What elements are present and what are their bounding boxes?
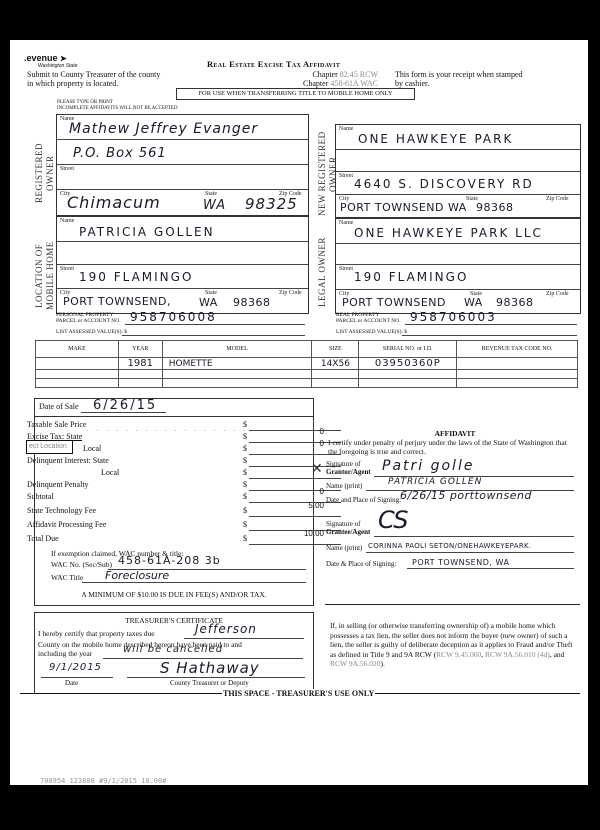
street-label: Street: [339, 266, 353, 272]
year-cell[interactable]: 1981: [118, 358, 162, 370]
receipt-note: This form is your receipt when stamped b…: [395, 70, 523, 88]
fee-subtotal: Subtotal $ 0: [27, 492, 304, 504]
new-owner-name[interactable]: ONE HAWKEYE PARK: [358, 132, 513, 146]
treasurer-use-only-label: THIS SPACE - TREASURER'S USE ONLY: [222, 689, 375, 698]
certify-line3: including the year: [38, 649, 92, 658]
name-label: Name: [339, 126, 353, 132]
grantor-date-place[interactable]: 6/26/15 porttownsend: [400, 489, 532, 502]
rcw-9a-56-010-link[interactable]: RCW 9A.56.010 (4d): [485, 650, 550, 659]
registered-owner-city[interactable]: Chimacum: [67, 193, 161, 212]
personal-property-label: PERSONAL PROPERTY PARCEL or ACCOUNT NO.: [56, 312, 121, 324]
table-row: [36, 370, 578, 379]
affidavit-page: .evenue ➤ Washington State Submit to Cou…: [10, 40, 588, 785]
treasurer-signature-label: County Treasurer or Deputy: [170, 679, 249, 687]
chapter-wac: Chapter 458-61A WAC: [288, 79, 378, 88]
fee-delinquent-interest-state: Delinquent Interest: State $: [27, 456, 304, 468]
grantee-name-label: Name (print): [326, 544, 362, 552]
column-header: SIZE: [312, 341, 359, 358]
fee-delinquent-interest-local: Local $: [27, 468, 304, 480]
certify-line1: I hereby certify that property taxes due: [38, 629, 155, 638]
treasurer-signature[interactable]: S Hathaway: [160, 659, 260, 677]
signature-of: Signature of: [326, 460, 371, 468]
tax-code-cell[interactable]: [457, 379, 578, 388]
personal-property-parcel-no[interactable]: 958706008: [130, 310, 217, 324]
fee-delinquent-penalty: Delinquent Penalty $: [27, 480, 304, 492]
date-label: Date: [65, 679, 78, 687]
column-header: REVENUE TAX CODE NO.: [457, 341, 578, 358]
dollar-sign: $: [243, 520, 247, 529]
dollar-sign: $: [243, 534, 247, 543]
fee-label: Taxable Sale Price: [27, 420, 86, 429]
size-cell[interactable]: [312, 370, 359, 379]
street-label: Street: [60, 166, 74, 172]
chapter-rcw: Chapter 82.45 RCW: [288, 70, 378, 79]
wac-title[interactable]: Foreclosure: [105, 569, 169, 582]
minimum-due-note: A MINIMUM OF $10.00 IS DUE IN FEE(S) AND…: [34, 590, 314, 599]
legal-owner-city[interactable]: PORT TOWNSEND: [342, 296, 446, 309]
grantor-agent: Grantor/Agent: [326, 468, 371, 476]
grantee-date-place[interactable]: PORT TOWNSEND, WA: [412, 558, 509, 567]
submit-note: Submit to County Treasurer of the county…: [27, 70, 160, 88]
street-label: Street: [60, 266, 74, 272]
real-property-label: REAL PROPERTY PARCEL or ACCOUNT NO.: [336, 312, 401, 324]
grantor-signature[interactable]: Patri golle: [382, 458, 474, 474]
registered-owner-name[interactable]: Mathew Jeffrey Evanger: [69, 121, 258, 137]
fee-label: Local: [101, 468, 119, 477]
rcw-9a-56-020-link[interactable]: RCW 9A.56.020: [330, 659, 381, 668]
registered-owner-name-line2[interactable]: P.O. Box 561: [73, 146, 167, 161]
dollar-sign: $: [243, 480, 247, 489]
fee-label: Affidavit Processing Fee: [27, 520, 106, 529]
make-cell[interactable]: [36, 379, 119, 388]
fee-value[interactable]: 0: [320, 427, 324, 436]
legal-owner-state[interactable]: WA: [464, 296, 483, 309]
name-label: Name: [60, 218, 74, 224]
location-street[interactable]: 190 FLAMINGO: [79, 270, 193, 284]
real-property-line2: PARCEL or ACCOUNT NO.: [336, 318, 401, 324]
fee-label: Total Due: [27, 534, 59, 543]
wac-link[interactable]: 458-61A WAC: [330, 79, 378, 88]
date-of-sale-label: Date of Sale: [39, 402, 79, 411]
registered-owner-box: Name Mathew Jeffrey Evanger P.O. Box 561…: [56, 114, 309, 216]
registered-owner-zip[interactable]: 98325: [245, 195, 298, 213]
wac-no-label: WAC No. (Sec/Sub): [51, 560, 112, 569]
dollar-sign: $: [243, 468, 247, 477]
grantee-signature[interactable]: CS: [378, 506, 406, 534]
location-city[interactable]: PORT TOWNSEND,: [63, 295, 171, 308]
zip-label: Zip Code: [279, 290, 302, 296]
wac-title-label: WAC Title: [51, 573, 83, 582]
registered-owner-label: REGISTERED OWNER: [34, 128, 56, 218]
fee-label: Delinquent Penalty: [27, 480, 89, 489]
fee-value[interactable]: 0: [320, 439, 324, 448]
fee-label: Local: [83, 444, 101, 453]
column-header: MAKE: [36, 341, 119, 358]
select-location-tooltip[interactable]: ect Location: [26, 440, 73, 454]
mobile-home-banner: FOR USE WHEN TRANSFERRING TITLE TO MOBIL…: [176, 88, 415, 100]
legal-owner-zip[interactable]: 98368: [496, 296, 534, 309]
tax-code-cell[interactable]: [457, 370, 578, 379]
zip-label: Zip Code: [546, 291, 569, 297]
submit-note-line1: Submit to County Treasurer of the county: [27, 70, 160, 79]
personal-assessed-label: LIST ASSESSED VALUE(S): $: [56, 329, 127, 335]
state-label: State: [205, 191, 217, 197]
dollar-sign: $: [243, 444, 247, 453]
legal-owner-label: LEGAL OWNER: [317, 230, 328, 315]
grantor-name[interactable]: PATRICIA GOLLEN: [388, 477, 482, 487]
fee-value[interactable]: 0: [320, 487, 324, 496]
table-header-row: MAKE YEAR MODEL SIZE SERIAL NO. or I.D. …: [36, 341, 578, 358]
grantee-signature-label: Signature of Grantee/Agent: [326, 520, 370, 536]
new-owner-street[interactable]: 4640 S. DISCOVERY RD: [354, 177, 534, 191]
personal-property-line2: PARCEL or ACCOUNT NO.: [56, 318, 121, 324]
new-owner-city[interactable]: PORT TOWNSEND: [340, 201, 444, 214]
legal-owner-box: Name ONE HAWKEYE PARK LLC Street 190 FLA…: [335, 218, 581, 314]
receipt-note-line1: This form is your receipt when stamped: [395, 70, 523, 79]
fee-value[interactable]: 10.00: [304, 529, 324, 538]
receipt-note-line2: by cashier.: [395, 79, 523, 88]
grantor-date-place-label: Date and Place of Signing:: [326, 496, 401, 504]
legal-owner-name[interactable]: ONE HAWKEYE PARK LLC: [354, 226, 543, 240]
fee-taxable-sale-price: Taxable Sale Price .....................…: [27, 420, 304, 432]
grantor-signature-label: Signature of Grantor/Agent: [326, 460, 371, 476]
year-cell[interactable]: [118, 379, 162, 388]
grantee-date-place-label: Date & Place of Signing:: [326, 560, 396, 568]
treasurer-certificate-box: TREASURER'S CERTIFICATE I hereby certify…: [34, 612, 314, 694]
make-cell[interactable]: [36, 370, 119, 379]
fee-state-technology: State Technology Fee $ 5.00: [27, 506, 304, 518]
cashier-stamp: 708954 123888 #9/1/2015 10.00#: [40, 777, 166, 785]
wac-no[interactable]: 458-61A-208 3b: [118, 554, 221, 567]
model-cell[interactable]: [162, 379, 312, 388]
fee-value[interactable]: 5.00: [308, 501, 324, 510]
size-cell[interactable]: 14X56: [312, 358, 359, 370]
street-label: Street: [339, 173, 353, 179]
model-cell[interactable]: [162, 370, 312, 379]
grantee-name[interactable]: CORINNA PAOLI SETON/ONEHAWKEYEPARK.: [368, 542, 531, 550]
column-header: YEAR: [118, 341, 162, 358]
form-title: Real Estate Excise Tax Affidavit: [207, 59, 340, 69]
date-of-sale[interactable]: 6/26/15: [93, 398, 157, 413]
treasurer-year[interactable]: will be cancelled: [123, 644, 223, 655]
sign-here-x-icon: ✕: [311, 461, 323, 478]
year-cell[interactable]: [118, 370, 162, 379]
mobile-home-table: MAKE YEAR MODEL SIZE SERIAL NO. or I.D. …: [35, 340, 578, 388]
serial-cell[interactable]: 03950360P: [359, 358, 457, 370]
chapter-refs: Chapter 82.45 RCW Chapter 458-61A WAC: [288, 70, 378, 88]
fee-label: Subtotal: [27, 492, 54, 501]
serial-cell[interactable]: [359, 370, 457, 379]
column-header: MODEL: [162, 341, 312, 358]
location-of-mobile-home-label: LOCATION OF MOBILE HOME: [34, 228, 56, 323]
name-label: Name: [339, 220, 353, 226]
dollar-sign: $: [243, 492, 247, 501]
column-header: SERIAL NO. or I.D.: [359, 341, 457, 358]
affidavit-statement: I certify under penalty of perjury under…: [328, 438, 568, 456]
treasurer-county[interactable]: Jefferson: [195, 622, 257, 636]
zip-label: Zip Code: [546, 196, 569, 202]
new-owner-zip[interactable]: 98368: [476, 201, 514, 214]
rcw-link[interactable]: 82.45 RCW: [340, 70, 378, 79]
bird-icon: ➤: [60, 54, 67, 63]
submit-note-line2: in which property is located.: [27, 79, 160, 88]
treasurer-date[interactable]: 9/1/2015: [49, 662, 102, 673]
fee-label: Delinquent Interest: State: [27, 456, 109, 465]
agency-state: Washington State: [38, 63, 77, 69]
instruction-print: PLEASE TYPE OR PRINT: [57, 100, 113, 105]
affidavit-title: AFFIDAVIT: [330, 429, 580, 438]
legal-owner-street[interactable]: 190 FLAMINGO: [354, 270, 468, 284]
model-cell[interactable]: HOMETTE: [162, 358, 312, 370]
agency-name: .evenue: [24, 53, 58, 63]
dollar-sign: $: [243, 456, 247, 465]
location-box: Name PATRICIA GOLLEN Street 190 FLAMINGO…: [56, 216, 309, 314]
fee-label: State Technology Fee: [27, 506, 96, 515]
grantee-agent: Grantee/Agent: [326, 528, 370, 536]
dollar-sign: $: [243, 420, 247, 429]
new-owner-state[interactable]: WA: [448, 201, 467, 214]
instruction-incomplete: INCOMPLETE AFFIDAVITS WILL NOT BE ACCEPT…: [57, 106, 178, 111]
tax-code-cell[interactable]: [457, 358, 578, 370]
rcw-9-45-060-link[interactable]: RCW 9.45.060: [436, 650, 481, 659]
fee-total-due: Total Due $ 10.00: [27, 534, 304, 546]
signature-of: Signature of: [326, 520, 370, 528]
size-cell[interactable]: [312, 379, 359, 388]
real-assessed-label: LIST ASSESSED VALUE(S): $: [336, 329, 407, 335]
location-state[interactable]: WA: [199, 296, 218, 309]
tax-lien-notice: If, in selling (or otherwise transferrin…: [330, 621, 580, 669]
serial-cell[interactable]: [359, 379, 457, 388]
grantor-name-label: Name (print): [326, 482, 362, 490]
agency-logo: .evenue ➤: [24, 53, 67, 63]
location-name[interactable]: PATRICIA GOLLEN: [79, 225, 215, 239]
dollar-sign: $: [243, 506, 247, 515]
table-row: [36, 379, 578, 388]
location-zip[interactable]: 98368: [233, 296, 271, 309]
dollar-sign: $: [243, 432, 247, 441]
real-property-parcel-no[interactable]: 958706003: [410, 310, 497, 324]
treasurer-certificate-title: TREASURER'S CERTIFICATE: [35, 616, 313, 625]
table-row: 1981 HOMETTE 14X56 03950360P: [36, 358, 578, 370]
fee-affidavit-processing: Affidavit Processing Fee $: [27, 520, 304, 532]
make-cell[interactable]: [36, 358, 119, 370]
new-registered-owner-box: Name ONE HAWKEYE PARK Street 4640 S. DIS…: [335, 124, 581, 218]
registered-owner-state[interactable]: WA: [203, 198, 226, 213]
